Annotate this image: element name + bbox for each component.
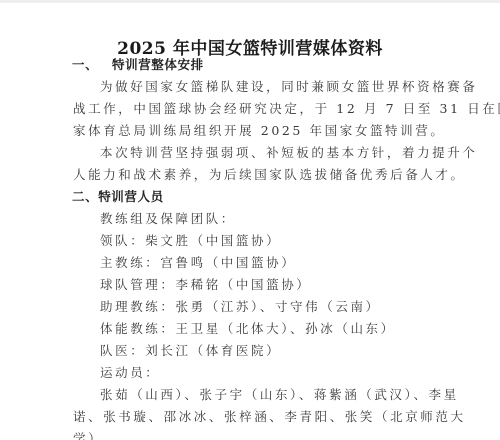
- staff-item: 体能教练：王卫星（北体大）、孙冰（山东）: [100, 321, 396, 337]
- athletes-line: 学）: [73, 431, 103, 440]
- document-title: 2025 年中国女篮特训营媒体资料: [0, 34, 500, 59]
- paragraph-line: 本次特训营坚持强弱项、补短板的基本方针，着力提升个: [100, 145, 478, 161]
- document-page: 2025 年中国女篮特训营媒体资料 一、特训营整体安排 为做好国家女篮梯队建设，…: [0, 0, 500, 440]
- paragraph-line: 战工作，中国篮球协会经研究决定，于 12 月 7 日至 31 日在国: [73, 101, 500, 117]
- paragraph-line: 人能力和战术素养，为后续国家队选拔储备优秀后备人才。: [73, 167, 466, 183]
- staff-item: 领队：柴文胜（中国篮协）: [100, 233, 281, 249]
- paragraph-line: 家体育总局训练局组织开展 2025 年国家女篮特训营。: [73, 123, 445, 139]
- staff-label: 教练组及保障团队：: [100, 211, 236, 227]
- staff-item: 球队管理：李稀铭（中国篮协）: [100, 277, 311, 293]
- paragraph-line: 为做好国家女篮梯队建设，同时兼顾女篮世界杯资格赛备: [100, 79, 478, 95]
- staff-item: 主教练：宫鲁鸣（中国篮协）: [100, 255, 296, 271]
- athletes-line: 张茹（山西）、张子宇（山东）、蒋紫涵（武汉）、李星: [100, 387, 459, 403]
- athletes-label: 运动员：: [100, 365, 160, 381]
- section-heading-2: 二、特训营人员: [72, 189, 164, 205]
- section-title: 特训营整体安排: [112, 57, 204, 72]
- staff-item: 队医：刘长江（体育医院）: [100, 343, 281, 359]
- section-number: 一、: [72, 57, 102, 73]
- athletes-line: 诺、张书璇、邵冰冰、张梓涵、李青阳、张笑（北京师范大: [73, 409, 466, 425]
- section-number: 二、: [72, 189, 98, 204]
- section-title: 特训营人员: [98, 189, 164, 204]
- section-heading-1: 一、特训营整体安排: [72, 57, 204, 73]
- staff-item: 助理教练：张勇（江苏）、寸守伟（云南）: [100, 299, 381, 315]
